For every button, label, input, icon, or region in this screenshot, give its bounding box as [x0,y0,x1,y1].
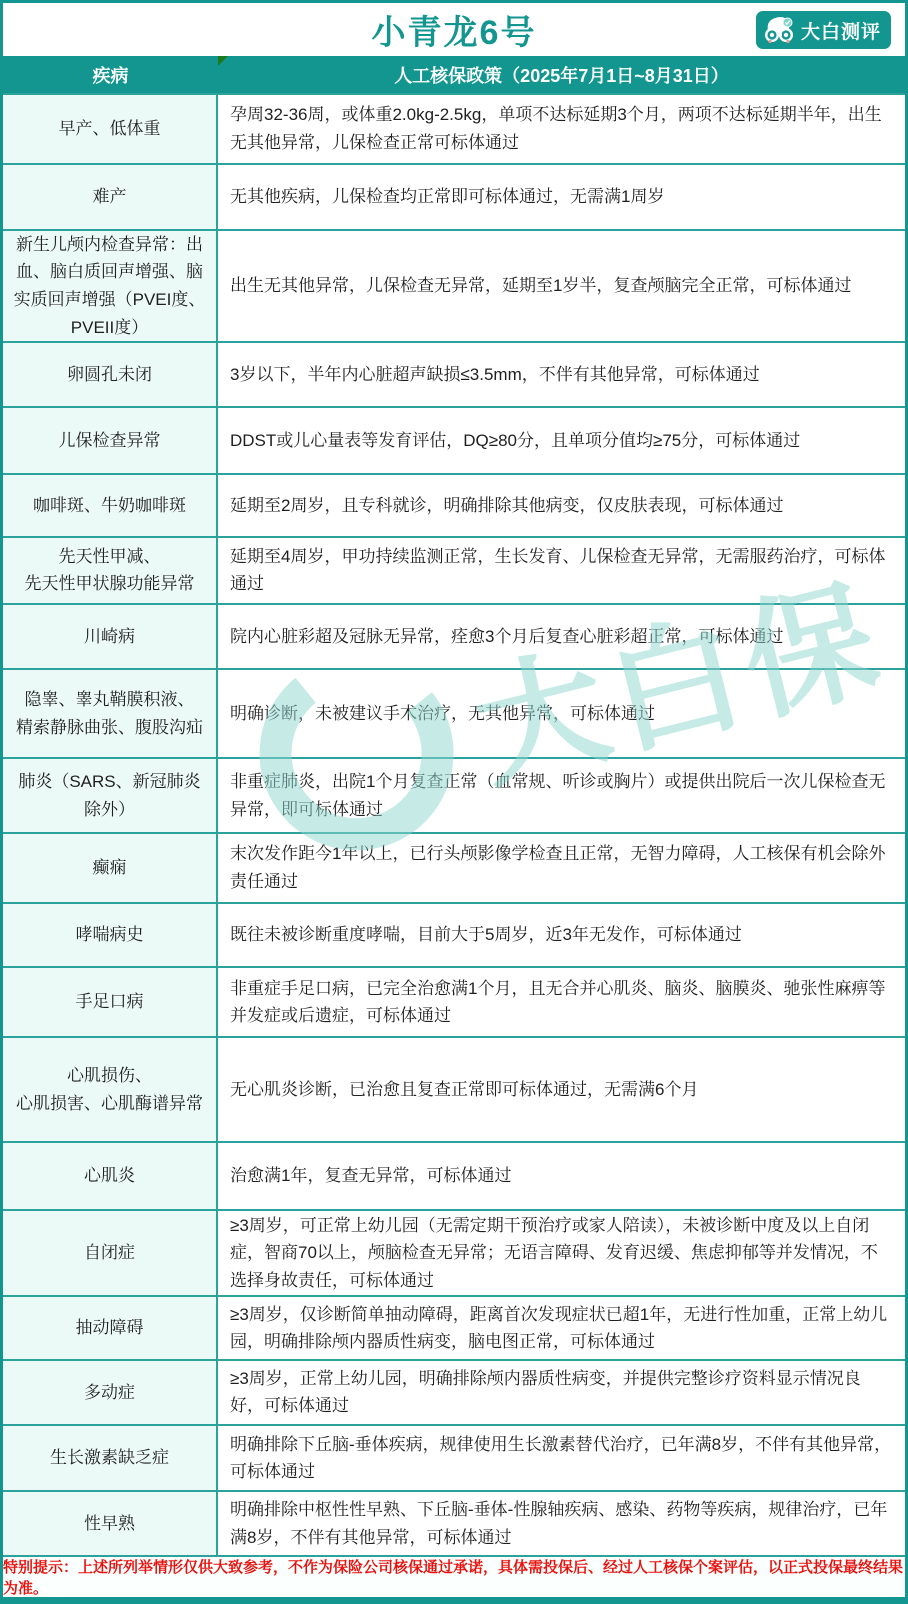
policy-cell: DDST或儿心量表等发育评估，DQ≥80分，且单项分值均≥75分，可标体通过 [218,408,905,473]
disease-cell: 多动症 [3,1361,218,1424]
page-title: 小青龙6号 [372,5,537,54]
mascot-glasses-icon [762,15,796,45]
policy-cell: 非重症手足口病，已完全治愈满1个月，且无合并心肌炎、脑炎、脑膜炎、驰张性麻痹等并… [218,968,905,1036]
title-bar: 小青龙6号 大白测评 [3,3,905,56]
table-row: 儿保检查异常 DDST或儿心量表等发育评估，DQ≥80分，且单项分值均≥75分，… [3,406,905,473]
disease-cell: 咖啡斑、牛奶咖啡斑 [3,475,218,536]
brand-logo-label: 大白测评 [801,17,881,44]
table-row: 新生儿颅内检查异常：出血、脑白质回声增强、脑实质回声增强（PVEI度、PVEII… [3,229,905,340]
table-row: 癫痫 末次发作距今1年以上，已行头颅影像学检查且正常，无智力障碍，人工核保有机会… [3,832,905,902]
policy-cell: 院内心脏彩超及冠脉无异常，痊愈3个月后复查心脏彩超正常，可标体通过 [218,605,905,668]
table-row: 抽动障碍 ≥3周岁，仅诊断简单抽动障碍，距离首次发现症状已超1年，无进行性加重，… [3,1295,905,1359]
table-row: 先天性甲减、 先天性甲状腺功能异常 延期至4周岁，甲功持续监测正常，生长发育、儿… [3,536,905,604]
disease-cell: 心肌损伤、 心肌损害、心肌酶谱异常 [3,1038,218,1141]
header-cell-policy: 人工核保政策（2025年7月1日~8月31日） [218,56,905,93]
table-row: 肺炎（SARS、新冠肺炎除外） 非重症肺炎，出院1个月复查正常（血常规、听诊或胸… [3,757,905,832]
policy-cell: ≥3周岁，可正常上幼儿园（无需定期干预治疗或家人陪读），未被诊断中度及以上自闭症… [218,1211,905,1296]
table-body: 早产、低体重 孕周32-36周，或体重2.0kg-2.5kg，单项不达标延期3个… [3,93,905,1555]
policy-cell: 孕周32-36周，或体重2.0kg-2.5kg，单项不达标延期3个月，两项不达标… [218,95,905,163]
table-row: 多动症 ≥3周岁，正常上幼儿园，明确排除颅内器质性病变，并提供完整诊疗资料显示情… [3,1359,905,1424]
policy-cell: 治愈满1年，复查无异常，可标体通过 [218,1143,905,1209]
disease-cell: 心肌炎 [3,1143,218,1209]
policy-cell: 既往未被诊断重度哮喘，目前大于5周岁，近3年无发作，可标体通过 [218,904,905,967]
disease-cell: 性早熟 [3,1492,218,1555]
disease-cell: 生长激素缺乏症 [3,1426,218,1491]
policy-cell: 明确排除中枢性性早熟、下丘脑-垂体-性腺轴疾病、感染、药物等疾病，规律治疗，已年… [218,1492,905,1555]
policy-cell: 无其他疾病，儿保检查均正常即可标体通过，无需满1周岁 [218,165,905,230]
disease-cell: 癫痫 [3,834,218,902]
table-row: 性早熟 明确排除中枢性性早熟、下丘脑-垂体-性腺轴疾病、感染、药物等疾病，规律治… [3,1490,905,1555]
disease-cell: 新生儿颅内检查异常：出血、脑白质回声增强、脑实质回声增强（PVEI度、PVEII… [3,231,218,340]
disease-cell: 川崎病 [3,605,218,668]
disease-cell: 哮喘病史 [3,904,218,967]
header-cell-policy-label: 人工核保政策（2025年7月1日~8月31日） [394,62,729,88]
policy-cell: 末次发作距今1年以上，已行头颅影像学检查且正常，无智力障碍，人工核保有机会除外责… [218,834,905,902]
policy-cell: 延期至4周岁，甲功持续监测正常，生长发育、儿保检查无异常，无需服药治疗，可标体通… [218,538,905,604]
policy-cell: 明确排除下丘脑-垂体疾病，规律使用生长激素替代治疗，已年满8岁，不伴有其他异常，… [218,1426,905,1491]
table-row: 自闭症 ≥3周岁，可正常上幼儿园（无需定期干预治疗或家人陪读），未被诊断中度及以… [3,1209,905,1296]
policy-cell: ≥3周岁，正常上幼儿园，明确排除颅内器质性病变，并提供完整诊疗资料显示情况良好，… [218,1361,905,1424]
table-row: 心肌损伤、 心肌损害、心肌酶谱异常 无心肌炎诊断，已治愈且复查正常即可标体通过，… [3,1036,905,1141]
disease-cell: 抽动障碍 [3,1297,218,1359]
header-cell-disease: 疾病 [3,56,218,93]
policy-sheet: 小青龙6号 大白测评 疾病 人工核保政策（202 [0,0,908,1604]
policy-cell: ≥3周岁，仅诊断简单抽动障碍，距离首次发现症状已超1年，无进行性加重，正常上幼儿… [218,1297,905,1359]
footer-note: 特别提示：上述所列举情形仅供大致参考，不作为保险公司核保通过承诺，具体需投保后、… [3,1555,905,1597]
table-row: 川崎病 院内心脏彩超及冠脉无异常，痊愈3个月后复查心脏彩超正常，可标体通过 [3,603,905,668]
disease-cell: 手足口病 [3,968,218,1036]
policy-cell: 延期至2周岁，且专科就诊，明确排除其他病变，仅皮肤表现，可标体通过 [218,475,905,536]
disease-cell: 早产、低体重 [3,95,218,163]
table-row: 卵圆孔未闭 3岁以下，半年内心脏超声缺损≤3.5mm，不伴有其他异常，可标体通过 [3,341,905,407]
table-row: 手足口病 非重症手足口病，已完全治愈满1个月，且无合并心肌炎、脑炎、脑膜炎、驰张… [3,966,905,1036]
table-row: 隐睾、睾丸鞘膜积液、 精索静脉曲张、腹股沟疝 明确诊断，未被建议手术治疗，无其他… [3,668,905,758]
disease-cell: 难产 [3,165,218,230]
table-row: 早产、低体重 孕周32-36周，或体重2.0kg-2.5kg，单项不达标延期3个… [3,93,905,163]
disease-cell: 肺炎（SARS、新冠肺炎除外） [3,759,218,832]
table-row: 心肌炎 治愈满1年，复查无异常，可标体通过 [3,1141,905,1209]
table-row: 难产 无其他疾病，儿保检查均正常即可标体通过，无需满1周岁 [3,163,905,230]
disease-cell: 先天性甲减、 先天性甲状腺功能异常 [3,538,218,604]
policy-cell: 无心肌炎诊断，已治愈且复查正常即可标体通过，无需满6个月 [218,1038,905,1141]
table-header: 疾病 人工核保政策（2025年7月1日~8月31日） [3,56,905,93]
table-row: 生长激素缺乏症 明确排除下丘脑-垂体疾病，规律使用生长激素替代治疗，已年满8岁，… [3,1424,905,1491]
brand-logo: 大白测评 [756,11,891,49]
table-row: 咖啡斑、牛奶咖啡斑 延期至2周岁，且专科就诊，明确排除其他病变，仅皮肤表现，可标… [3,473,905,536]
policy-cell: 非重症肺炎，出院1个月复查正常（血常规、听诊或胸片）或提供出院后一次儿保检查无异… [218,759,905,832]
disease-cell: 自闭症 [3,1211,218,1296]
disease-cell: 儿保检查异常 [3,408,218,473]
policy-cell: 3岁以下，半年内心脏超声缺损≤3.5mm，不伴有其他异常，可标体通过 [218,343,905,407]
disease-cell: 隐睾、睾丸鞘膜积液、 精索静脉曲张、腹股沟疝 [3,670,218,758]
policy-cell: 明确诊断，未被建议手术治疗，无其他异常，可标体通过 [218,670,905,758]
table-row: 哮喘病史 既往未被诊断重度哮喘，目前大于5周岁，近3年无发作，可标体通过 [3,902,905,967]
cell-corner-marker [218,56,228,66]
policy-cell: 出生无其他异常，儿保检查无异常，延期至1岁半，复查颅脑完全正常，可标体通过 [218,231,905,340]
disease-cell: 卵圆孔未闭 [3,343,218,407]
